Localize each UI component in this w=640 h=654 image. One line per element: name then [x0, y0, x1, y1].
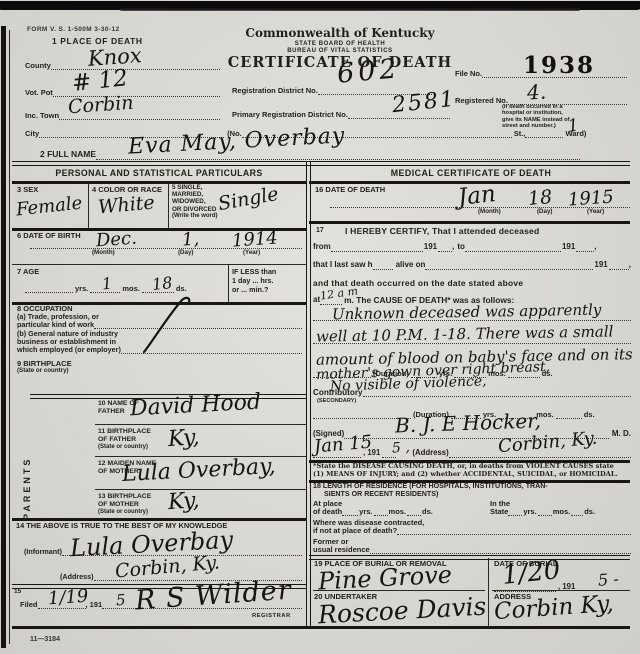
age-line: yrs. mos. ds. — [25, 285, 225, 293]
commonwealth-title: Commonwealth of Kentucky — [220, 26, 460, 40]
mos-label: mos. — [553, 508, 571, 516]
to-label: to — [457, 243, 465, 252]
dotted-leader — [313, 340, 631, 344]
cause-rule-2 — [313, 340, 631, 344]
undertaker-address-value: Corbin Ky, — [493, 593, 614, 624]
marital-label-line: OR DIVORCED — [172, 206, 218, 213]
father-bp-label-line: OF FATHER — [98, 436, 151, 444]
dob-month-label: (Month) — [92, 250, 115, 257]
dotted-leader — [508, 374, 540, 378]
scan-left-line — [9, 30, 10, 644]
dod-year-value: 1915 — [567, 188, 614, 209]
dotted-leader — [508, 512, 522, 516]
dotted-leader — [25, 289, 73, 293]
certify-text: I HEREBY CERTIFY, That I attended deceas… — [345, 227, 539, 237]
inc-town-value: Corbin — [67, 94, 134, 118]
residence-label-2: SIENTS OR RECENT RESIDENTS) — [324, 491, 438, 499]
race-value: White — [97, 194, 155, 218]
attended-from-line: from 191 , to 191 , — [313, 243, 631, 252]
dotted-leader — [556, 415, 582, 419]
md-label: M. D. — [612, 430, 631, 439]
full-name-label: 2 FULL NAME — [40, 150, 96, 160]
dotted-leader — [374, 512, 388, 516]
year-191: 191 — [562, 243, 575, 252]
undertaker-value: Roscoe Davis — [317, 594, 486, 628]
dotted-leader — [425, 266, 593, 270]
footnote-2: (1) MEANS OF INJURY; and (2) whether ACC… — [313, 471, 618, 478]
dotted-leader — [576, 248, 594, 252]
ds-label: ds. — [542, 370, 553, 378]
rule — [95, 489, 306, 490]
dotted-leader — [449, 454, 631, 458]
death-certificate-scan: FORM V. S. 1-500M 3-30-12 1 PLACE OF DEA… — [0, 0, 640, 654]
yrs-label: yrs. — [523, 508, 536, 516]
inc-town-label: Inc. Town — [25, 112, 59, 120]
last-saw-label: that I last saw h — [313, 261, 373, 270]
comma: , — [594, 243, 596, 252]
former-line: usual residence — [313, 546, 631, 554]
from-label: from — [313, 243, 331, 252]
mos-label: mos. — [488, 370, 506, 378]
parents-label: PARENTS — [22, 420, 32, 520]
ds-label: ds. — [584, 508, 595, 516]
contributory-line: Contributory — [313, 388, 631, 397]
filed-year-value: 5 — [115, 593, 126, 609]
print-number: 11—3184 — [30, 636, 60, 644]
dotted-leader — [370, 550, 631, 554]
dob-label: 6 DATE OF BIRTH — [17, 232, 81, 240]
sex-label: 3 SEX — [17, 186, 38, 194]
scan-left-edge — [1, 26, 6, 648]
dob-day-value: 1, — [181, 230, 199, 249]
at-place-line: of death yrs. mos. ds. — [313, 508, 473, 516]
in-state-line: State yrs. mos. ds. — [490, 508, 632, 516]
dob-month-value: Dec. — [95, 230, 137, 251]
dotted-leader — [465, 248, 561, 252]
personal-section-title: PERSONAL AND STATISTICAL PARTICULARS — [14, 169, 304, 179]
in-the-label-2: State — [490, 508, 508, 516]
dotted-leader — [609, 266, 629, 270]
yrs-label: yrs. — [359, 508, 372, 516]
cell-divider — [88, 183, 89, 228]
registered-no-label: Registered No. — [455, 97, 508, 105]
dod-month-value: Jan — [457, 183, 497, 210]
file-no-label: File No. — [455, 70, 482, 78]
father-bp-label-line: (State or country) — [98, 444, 151, 451]
dotted-leader — [313, 317, 631, 321]
burial-value: Pine Grove — [317, 563, 452, 594]
birthplace-sub: (State or country) — [17, 368, 69, 375]
father-bp-label-line: 11 BIRTHPLACE — [98, 428, 151, 436]
signed-value: B. J. E Hocker, — [395, 410, 542, 435]
registration-district-label: Registration District No. — [232, 87, 318, 95]
rule — [12, 181, 306, 184]
address-label: (Address) — [60, 573, 94, 581]
city-label: City — [25, 130, 39, 138]
marital-label-line: MARRIED, — [172, 191, 218, 198]
father-name-value: David Hood — [130, 392, 262, 421]
rule — [12, 264, 306, 265]
full-name-row: 2 FULL NAME — [40, 150, 580, 160]
burial-year-value: 5 - — [597, 571, 619, 588]
marital-label-line: WIDOWED, — [172, 198, 218, 205]
dod-day-value: 18 — [527, 188, 553, 209]
age-note: IF LESS than 1 day ... hrs. or ... min.? — [232, 267, 276, 294]
marital-label-line: (Write the word) — [172, 213, 218, 220]
checkmark-icon — [138, 296, 208, 356]
county-label: County — [25, 62, 51, 70]
signed-date-value: Jan 15 — [313, 433, 373, 456]
dod-label: 16 DATE OF DEATH — [315, 186, 385, 194]
mother-name-value: Lula Overbay, — [122, 456, 277, 486]
dotted-leader — [571, 512, 583, 516]
scan-top-band-smear — [120, 8, 580, 11]
dod-month-label: (Month) — [478, 209, 501, 216]
marital-value: Single — [217, 185, 280, 214]
signed-year-value: 5 , — [392, 440, 411, 455]
former-label-2: usual residence — [313, 546, 370, 554]
dotted-leader — [438, 248, 452, 252]
mother-bp-label-line: OF MOTHER — [98, 501, 151, 509]
dob-year-value: 1914 — [231, 229, 278, 250]
dotted-leader — [538, 512, 552, 516]
at-label: at — [313, 296, 320, 305]
form-code: FORM V. S. 1-500M 3-30-12 — [27, 26, 120, 33]
ds-label: ds. — [584, 411, 595, 419]
contributory-label: Contributory — [313, 388, 363, 397]
alive-on-label: alive on — [396, 261, 426, 270]
certify-no: 17 — [316, 227, 324, 235]
registered-no-value: 4. — [526, 82, 546, 103]
age-yrs-label: yrs. — [75, 285, 88, 293]
occupation-b3: which employed (or employer) — [17, 346, 121, 354]
cell-divider — [228, 264, 229, 302]
age-label: 7 AGE — [17, 268, 39, 276]
at-place-label-2: of death — [313, 508, 342, 516]
father-bp-value: Ky, — [167, 427, 200, 451]
city-ward-value: 1 — [567, 117, 580, 135]
address-label: (Address) — [412, 449, 448, 458]
age-mos-value: 1 — [101, 276, 113, 293]
mos-label: mos. — [389, 508, 407, 516]
dotted-leader — [525, 134, 563, 138]
file-no-value: 1938 — [523, 52, 595, 79]
father-bp-label: 11 BIRTHPLACE OF FATHER (State or countr… — [98, 428, 151, 452]
dod-day-label: (Day) — [537, 209, 552, 216]
informant-label: (Informant) — [24, 548, 62, 556]
marital-label-line: 5 SINGLE, — [172, 184, 218, 191]
age-ds-label: ds. — [176, 285, 187, 293]
state-board-label: STATE BOARD OF HEALTH — [220, 41, 460, 48]
registration-district-value: 602 — [336, 55, 402, 87]
age-note-line: IF LESS than — [232, 267, 276, 276]
mother-bp-value: Ky, — [167, 490, 200, 514]
marital-label: 5 SINGLE, MARRIED, WIDOWED, OR DIVORCED … — [172, 184, 218, 220]
filed-label: Filed — [20, 601, 38, 609]
dotted-leader — [407, 512, 421, 516]
contracted-label-2: if not at place of death? — [313, 527, 397, 535]
comma: , — [452, 243, 454, 252]
contracted-line: if not at place of death? — [313, 527, 631, 535]
medical-section-title: MEDICAL CERTIFICATE OF DEATH — [312, 169, 630, 179]
mother-bp-label: 13 BIRTHPLACE OF MOTHER (State or countr… — [98, 493, 151, 517]
occupation-a2: particular kind of work — [17, 321, 94, 329]
section-divider — [12, 161, 630, 166]
dotted-leader — [373, 266, 393, 270]
age-note-line: 1 day ... hrs. — [232, 276, 276, 285]
ds-label: ds. — [422, 508, 433, 516]
cause-rule-1 — [313, 317, 631, 321]
city-st-label: St., — [514, 130, 526, 138]
dob-day-label: (Day) — [178, 250, 193, 257]
dotted-leader — [363, 393, 631, 397]
dotted-leader — [331, 248, 423, 252]
dotted-leader — [342, 512, 358, 516]
registrar-label: REGISTRAR — [252, 613, 291, 619]
year-191: 191 — [594, 261, 607, 270]
secondary-label: (SECONDARY) — [317, 398, 356, 404]
mother-bp-label-line: 13 BIRTHPLACE — [98, 493, 151, 501]
last-saw-line: that I last saw h alive on 191 , — [313, 261, 631, 270]
sex-value: Female — [15, 195, 83, 220]
filed-date-value: 1/19 — [47, 588, 89, 609]
cell-divider — [168, 183, 169, 228]
primary-registration-label: Primary Registration District No. — [232, 111, 348, 119]
rule — [95, 424, 306, 425]
vot-pot-label: Vot. Pot — [25, 89, 53, 97]
age-ds-value: 18 — [151, 275, 173, 293]
filed-no: 15 — [14, 588, 21, 595]
dod-year-label: (Year) — [587, 209, 604, 216]
dob-year-label: (Year) — [243, 250, 260, 257]
cell-divider — [488, 558, 489, 626]
year-191: 191 — [424, 243, 437, 252]
age-mos-label: mos. — [122, 285, 140, 293]
dotted-leader — [397, 531, 631, 535]
rule — [309, 221, 630, 224]
comma: , — [629, 261, 631, 270]
age-note-line: or ... min.? — [232, 285, 276, 294]
mother-bp-label-line: (State or country) — [98, 509, 151, 516]
